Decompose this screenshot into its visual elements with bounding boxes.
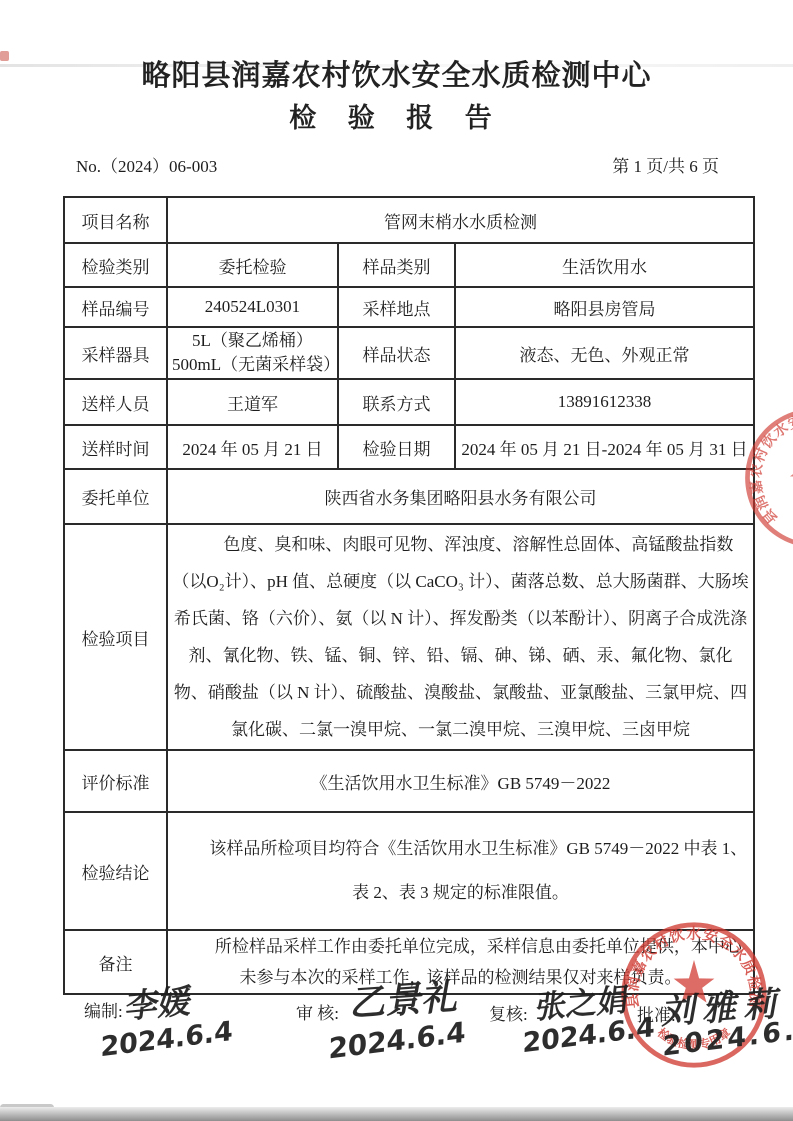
label-test-type: 检验类别	[64, 243, 167, 287]
label-test-date: 检验日期	[338, 425, 455, 469]
table-row: 样品编号 240524L0301 采样地点 略阳县房管局	[64, 287, 754, 327]
table-row: 送样时间 2024 年 05 月 21 日 检验日期 2024 年 05 月 2…	[64, 425, 754, 469]
value-sample-type: 生活饮用水	[455, 243, 754, 287]
value-test-date: 2024 年 05 月 21 日-2024 年 05 月 31 日	[455, 425, 754, 469]
scanned-report-page: 略阳县润嘉农村饮水安全水质检测中心 检 验 报 告 No.（2024）06-00…	[0, 0, 793, 1121]
value-sample-no: 240524L0301	[167, 287, 338, 327]
table-row: 送样人员 王道军 联系方式 13891612338	[64, 379, 754, 425]
page-indicator: 第 1 页/共 6 页	[612, 152, 719, 177]
label-send-date: 送样时间	[64, 425, 167, 469]
label-sampling-site: 采样地点	[338, 287, 455, 327]
org-title: 略阳县润嘉农村饮水安全水质检测中心	[0, 53, 793, 94]
report-number: No.（2024）06-003	[76, 152, 217, 177]
table-row: 评价标准 《生活饮用水卫生标准》GB 5749－2022	[64, 750, 754, 812]
table-row: 委托单位 陕西省水务集团略阳县水务有限公司	[64, 469, 754, 524]
value-sample-state: 液态、无色、外观正常	[455, 327, 754, 379]
report-info-table: 项目名称 管网末梢水水质检测 检验类别 委托检验 样品类别 生活饮用水 样品编号…	[63, 196, 755, 995]
table-row: 采样器具 5L（聚乙烯桶） 500mL（无菌采样袋） 样品状态 液态、无色、外观…	[64, 327, 754, 379]
value-test-items: 色度、臭和味、肉眼可见物、浑浊度、溶解性总固体、高锰酸盐指数（以O₂计）、pH …	[167, 524, 754, 750]
label-sample-no: 样品编号	[64, 287, 167, 327]
value-test-type: 委托检验	[167, 243, 338, 287]
value-contact: 13891612338	[455, 379, 754, 425]
label-client: 委托单位	[64, 469, 167, 524]
table-row: 项目名称 管网末梢水水质检测	[64, 197, 754, 243]
table-row: 检验项目 色度、臭和味、肉眼可见物、浑浊度、溶解性总固体、高锰酸盐指数（以O₂计…	[64, 524, 754, 750]
value-client: 陕西省水务集团略阳县水务有限公司	[167, 469, 754, 524]
value-sender: 王道军	[167, 379, 338, 425]
value-sampling-tools: 5L（聚乙烯桶） 500mL（无菌采样袋）	[167, 327, 338, 379]
scan-edge-shadow	[0, 1107, 793, 1121]
label-test-items: 检验项目	[64, 524, 167, 750]
label-sender: 送样人员	[64, 379, 167, 425]
label-sampling-tools: 采样器具	[64, 327, 167, 379]
table-row: 检验类别 委托检验 样品类别 生活饮用水	[64, 243, 754, 287]
label-project: 项目名称	[64, 197, 167, 243]
value-sampling-site: 略阳县房管局	[455, 287, 754, 327]
seal-star-icon	[780, 439, 793, 495]
prepared-by-label: 编制:	[84, 997, 123, 1022]
value-send-date: 2024 年 05 月 21 日	[167, 425, 338, 469]
label-contact: 联系方式	[338, 379, 455, 425]
label-sample-type: 样品类别	[338, 243, 455, 287]
prepared-by-signature: 李媛	[123, 975, 195, 1028]
table-row: 检验结论 该样品所检项目均符合《生活饮用水卫生标准》GB 5749－2022 中…	[64, 812, 754, 930]
label-conclusion: 检验结论	[64, 812, 167, 930]
value-standard: 《生活饮用水卫生标准》GB 5749－2022	[167, 750, 754, 812]
rechecked-by-label: 复核:	[489, 1000, 528, 1025]
value-project: 管网末梢水水质检测	[167, 197, 754, 243]
value-conclusion: 该样品所检项目均符合《生活饮用水卫生标准》GB 5749－2022 中表 1、表…	[167, 812, 754, 930]
label-standard: 评价标准	[64, 750, 167, 812]
label-sample-state: 样品状态	[338, 327, 455, 379]
prepared-date: 2024.6.4	[100, 1016, 233, 1064]
reviewed-by-label: 审 核:	[296, 999, 339, 1024]
report-title: 检 验 报 告	[0, 96, 793, 135]
